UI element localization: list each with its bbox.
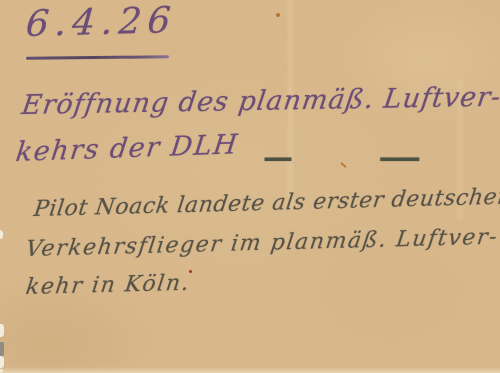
heading-line-1: Eröffnung des planmäß. Luftver- xyxy=(20,82,500,121)
paper-bottom-edge xyxy=(0,367,500,373)
torn-edge-fragment xyxy=(0,324,4,337)
paper-fiber xyxy=(340,162,347,168)
body-line-2: Verkehrsflieger im planmäß. Luftver- xyxy=(24,225,499,262)
paper-speck xyxy=(189,270,192,273)
date-underline xyxy=(26,55,169,59)
paper-speck xyxy=(276,13,280,17)
heading-line-2: kehrs der DLH xyxy=(14,129,240,168)
pencil-dash-2: — xyxy=(378,140,422,175)
body-line-3: kehr in Köln. xyxy=(24,271,192,300)
torn-edge-fragment-grey xyxy=(0,342,4,356)
torn-edge-fragment xyxy=(0,230,3,239)
index-card: 6.4.26 Eröffnung des planmäß. Luftver- k… xyxy=(0,0,500,373)
date-text: 6.4.26 xyxy=(24,0,178,45)
pencil-dash-1: — xyxy=(263,140,293,175)
body-line-1: Pilot Noack landete als erster deutscher xyxy=(32,185,500,223)
